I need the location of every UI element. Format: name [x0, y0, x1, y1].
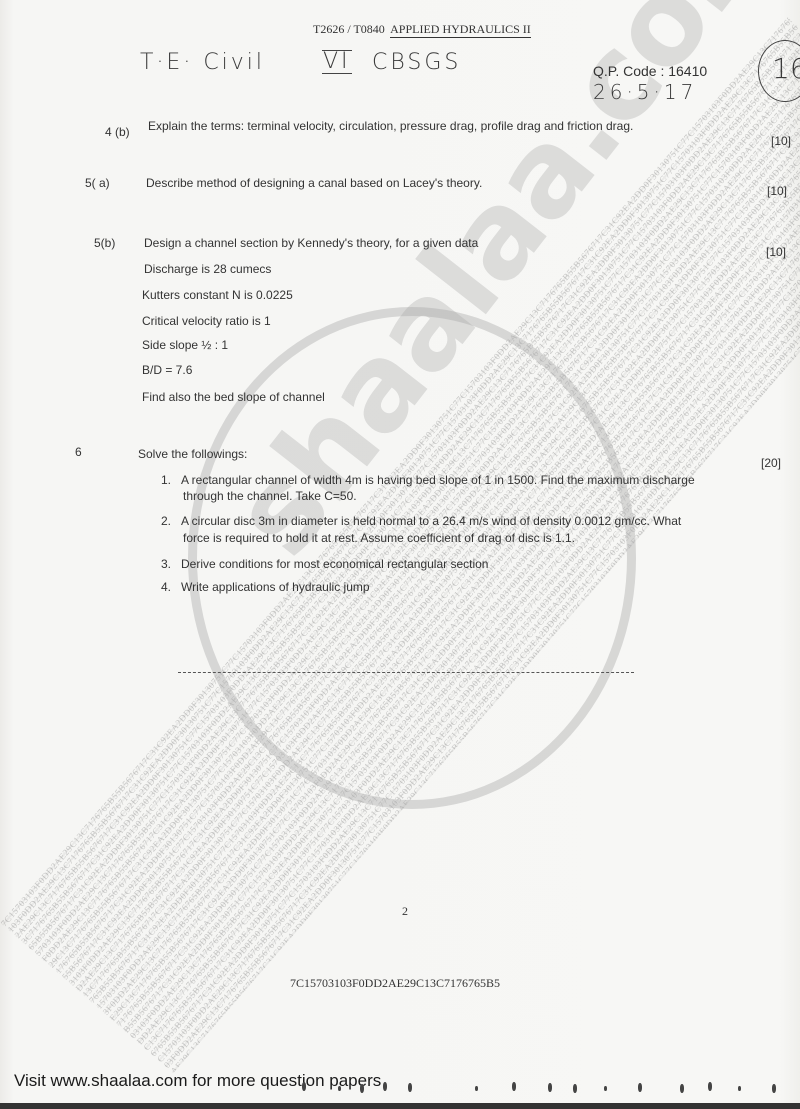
- scan-dot: [680, 1084, 684, 1093]
- scan-dot: [573, 1084, 577, 1093]
- sub-question: 2.A circular disc 3m in diameter is held…: [161, 514, 681, 528]
- sub-question-text: Write applications of hydraulic jump: [181, 580, 370, 594]
- question-marks: [10]: [771, 134, 791, 148]
- paper-header: T2626 / T0840 APPLIED HYDRAULICS II: [313, 22, 531, 37]
- sub-question: 4.Write applications of hydraulic jump: [161, 580, 370, 594]
- scan-dot: [738, 1086, 741, 1091]
- scan-dot: [512, 1082, 516, 1091]
- sub-question-text: A circular disc 3m in diameter is held n…: [181, 514, 681, 528]
- watermark-band-row: 3C7176765B55B5676717C31C92EA2DD0F3013075…: [20, 34, 800, 946]
- scan-dot: [708, 1082, 712, 1091]
- watermark-band-row: B55B5676717C31C92EA2DD0F30130751C77C1570…: [122, 123, 800, 1035]
- qp-code: Q.P. Code : 16410: [593, 63, 707, 79]
- handwritten-scheme: CBSGS: [372, 50, 461, 75]
- question-text: Design a channel section by Kennedy's th…: [144, 236, 478, 250]
- data-line: B/D = 7.6: [142, 363, 192, 377]
- scan-dot: [475, 1086, 478, 1091]
- question-number: 6: [75, 445, 82, 459]
- scan-dot: [548, 1083, 552, 1092]
- watermark-band-row: 6765B55B5676717C31C92EA2DD0F30130751C77C…: [149, 147, 800, 1059]
- sub-question-text: Derive conditions for most economical re…: [181, 557, 488, 571]
- question-number: 4 (b): [105, 125, 130, 139]
- question-text: Describe method of designing a canal bas…: [146, 176, 482, 190]
- question-marks: [20]: [761, 456, 781, 470]
- subject-title: APPLIED HYDRAULICS II: [390, 22, 531, 38]
- watermark-band-row: 765B55B5676717C31C92EA2DD0F30130751C77C1…: [88, 93, 800, 1005]
- sub-question: 1.A rectangular channel of width 4m is h…: [161, 473, 695, 487]
- sub-question-number: 4.: [161, 580, 181, 594]
- scanned-question-paper-page: 7C15703103F0DD2AE29C13C7176765B55B567671…: [0, 0, 800, 1109]
- question-number: 5( a): [85, 176, 110, 190]
- sub-question: 3.Derive conditions for most economical …: [161, 557, 488, 571]
- data-line: Find also the bed slope of channel: [142, 390, 325, 404]
- watermark-band-row: C13C7176765B55B5676717C31C92EA2DD0F30130…: [142, 141, 800, 1053]
- question-text: Explain the terms: terminal velocity, ci…: [148, 119, 633, 133]
- question-text: Solve the followings:: [138, 447, 247, 461]
- data-line: Kutters constant N is 0.0225: [142, 288, 293, 302]
- data-line: Discharge is 28 cumecs: [144, 262, 271, 276]
- sub-question-number: 3.: [161, 557, 181, 571]
- question-marks: [10]: [766, 245, 786, 259]
- scan-dot: [604, 1086, 607, 1091]
- handwritten-date: 26·5·17: [593, 80, 697, 104]
- question-marks: [10]: [767, 184, 787, 198]
- scan-bottom-edge: [0, 1103, 800, 1109]
- scan-dot: [638, 1083, 642, 1092]
- end-of-paper-divider: [178, 672, 634, 673]
- scan-dot: [383, 1082, 387, 1091]
- sub-question-number: 2.: [161, 514, 181, 528]
- page-number: 2: [402, 904, 408, 919]
- data-line: Critical velocity ratio is 1: [142, 314, 271, 328]
- paper-code: T2626 / T0840: [313, 22, 385, 36]
- sub-question-text: A rectangular channel of width 4m is hav…: [181, 473, 695, 487]
- scan-dot: [302, 1082, 306, 1091]
- scan-dot: [772, 1084, 776, 1093]
- handwritten-course: T·E· Civil: [140, 50, 265, 75]
- watermark-band-row: 7176765B55B5676717C31C92EA2DD0F30130751C…: [115, 117, 800, 1029]
- data-line: Side slope ½ : 1: [142, 338, 228, 352]
- circled-mark-number: 16: [772, 52, 800, 85]
- visit-site-link[interactable]: Visit www.shaalaa.com for more question …: [14, 1071, 381, 1091]
- sub-question-continuation: force is required to hold it at rest. As…: [183, 531, 575, 545]
- handwritten-semester: VI: [322, 50, 352, 74]
- sub-question-continuation: through the channel. Take C=50.: [183, 489, 357, 503]
- scan-dot: [360, 1084, 364, 1093]
- document-hash-code: 7C15703103F0DD2AE29C13C7176765B5: [290, 976, 500, 991]
- scan-dot: [408, 1083, 412, 1092]
- scan-dot: [338, 1086, 341, 1091]
- question-number: 5(b): [94, 236, 115, 250]
- sub-question-number: 1.: [161, 473, 181, 487]
